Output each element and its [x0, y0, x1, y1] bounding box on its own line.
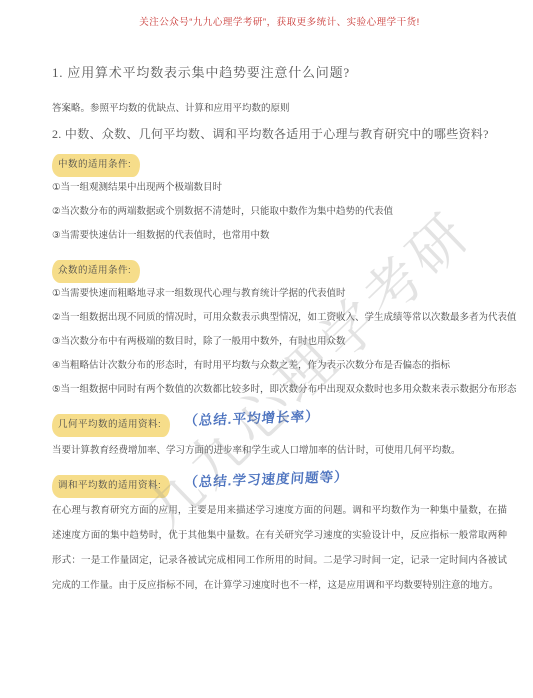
list-item: ①当一组观测结果中出现两个极端数目时 [52, 176, 507, 200]
document-page: 九九心理学考研 关注公众号“九九心理学考研”，获取更多统计、实验心理学干货! 1… [0, 0, 533, 698]
handwritten-annotation: （总结.学习速度问题等） [184, 468, 349, 492]
section-median: 中数的适用条件: ①当一组观测结果中出现两个极端数目时 ②当次数分布的两端数据或… [52, 154, 507, 248]
question-1-title: 1. 应用算术平均数表示集中趋势要注意什么问题? [52, 62, 507, 81]
handwritten-annotation: （总结.平均增长率） [184, 408, 320, 431]
section-mode: 众数的适用条件: ①当需要快速而粗略地寻求一组数现代心理与教育统计学据的代表值时… [52, 260, 507, 402]
section-harmonic-mean: 调和平均数的适用资料:（总结.学习速度问题等） 在心理与教育研究方面的应用，主要… [52, 475, 507, 598]
list-item: ①当需要快速而粗略地寻求一组数现代心理与教育统计学据的代表值时 [52, 282, 507, 306]
question-1-answer: 答案略。参照平均数的优缺点、计算和应用平均数的原则 [52, 100, 507, 114]
highlight-mode-conditions: 众数的适用条件: [52, 260, 140, 283]
list-item: ②当一组数据出现不同质的情况时，可用众数表示典型情况，如工资收入、学生成绩等常以… [52, 306, 507, 330]
list-item: ④当粗略估计次数分布的形态时，有时用平均数与众数之差，作为表示次数分布是否偏态的… [52, 354, 507, 378]
highlight-median-conditions: 中数的适用条件: [52, 154, 140, 177]
highlight-harmonic-mean: 调和平均数的适用资料: [52, 475, 170, 498]
geometric-mean-paragraph: 当要计算教育经费增加率、学习方面的进步率和学生或人口增加率的估计时，可使用几何平… [52, 439, 507, 463]
section-geometric-mean: 几何平均数的适用资料:（总结.平均增长率） 当要计算教育经费增加率、学习方面的进… [52, 414, 507, 463]
page-content: 关注公众号“九九心理学考研”，获取更多统计、实验心理学干货! 1. 应用算术平均… [0, 0, 533, 598]
list-item: ③当需要快速估计一组数据的代表值时，也常用中数 [52, 224, 507, 248]
list-item: ③当次数分布中有两极端的数目时，除了一般用中数外，有时也用众数 [52, 330, 507, 354]
list-item: ②当次数分布的两端数据或个别数据不清楚时，只能取中数作为集中趋势的代表值 [52, 200, 507, 224]
highlight-row: 几何平均数的适用资料:（总结.平均增长率） [52, 414, 507, 432]
highlight-row: 调和平均数的适用资料:（总结.学习速度问题等） [52, 475, 507, 493]
mode-list: ①当需要快速而粗略地寻求一组数现代心理与教育统计学据的代表值时 ②当一组数据出现… [52, 282, 507, 402]
header-notice: 关注公众号“九九心理学考研”，获取更多统计、实验心理学干货! [52, 0, 507, 28]
question-2-title: 2. 中数、众数、几何平均数、调和平均数各适用于心理与教育研究中的哪些资料? [52, 125, 507, 142]
median-list: ①当一组观测结果中出现两个极端数目时 ②当次数分布的两端数据或个别数据不清楚时，… [52, 176, 507, 248]
harmonic-mean-paragraph: 在心理与教育研究方面的应用，主要是用来描述学习速度方面的问题。调和平均数作为一种… [52, 498, 507, 598]
highlight-geometric-mean: 几何平均数的适用资料: [52, 414, 170, 437]
list-item: ⑤当一组数据中同时有两个数值的次数都比较多时，即次数分布中出现双众数时也多用众数… [52, 378, 507, 402]
highlight-row: 众数的适用条件: [52, 260, 507, 278]
highlight-row: 中数的适用条件: [52, 154, 507, 172]
